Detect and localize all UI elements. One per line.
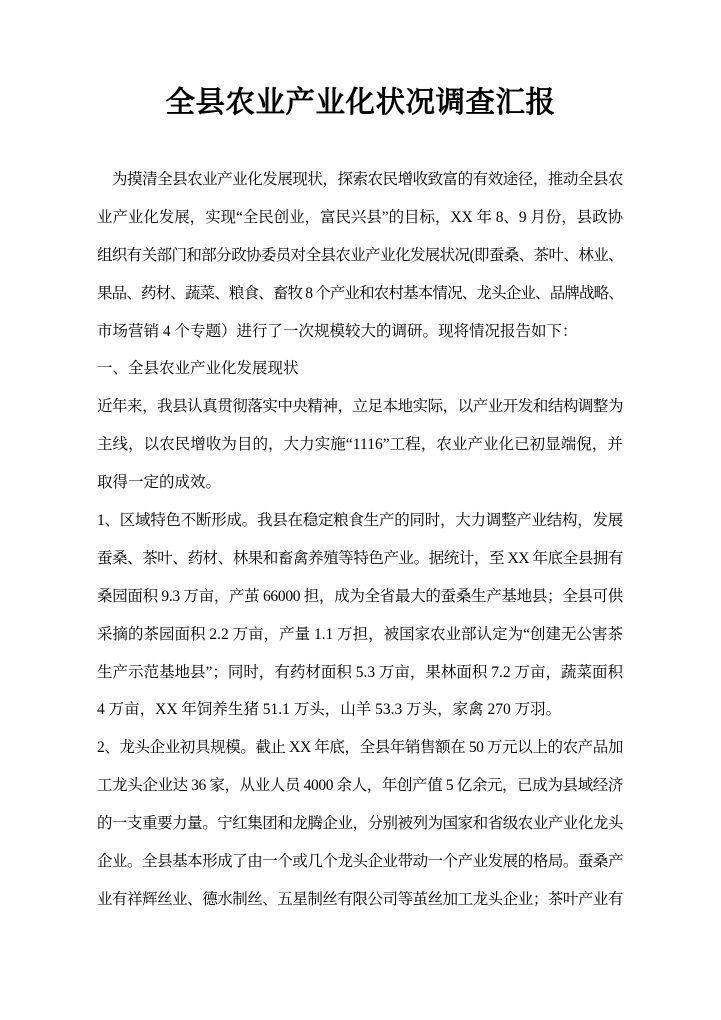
text-line: 的一支重要力量。宁红集团和龙腾企业，分别被列为国家和省级农业产业化龙头 [97, 805, 623, 843]
paragraph-intro: 为摸清全县农业产业化发展现状，探索农民增收致富的有效途径，推动全县农业产业化发展… [97, 161, 623, 350]
text-line: 工龙头企业达 36 家，从业人员 4000 余人，年创产值 5 亿余元，已成为县… [97, 767, 623, 805]
text-line: 业产业化发展，实现“全民创业，富民兴县”的目标，XX 年 8、9 月份，县政协 [97, 199, 623, 237]
paragraph-section-1-overview: 近年来，我县认真贯彻落实中央精神，立足本地实际，以产业开发和结构调整为主线，以农… [97, 388, 623, 502]
text-line: 主线，以农民增收为目的，大力实施“1116”工程，农业产业化已初显端倪，并 [97, 426, 623, 464]
document-page: 全县农业产业化状况调查汇报 为摸清全县农业产业化发展现状，探索农民增收致富的有效… [0, 0, 721, 1020]
text-line: 业有祥辉丝业、德水制丝、五星制丝有限公司等茧丝加工龙头企业；茶叶产业有 [97, 881, 623, 919]
document-content: 为摸清全县农业产业化发展现状，探索农民增收致富的有效途径，推动全县农业产业化发展… [97, 161, 623, 919]
text-line: 近年来，我县认真贯彻落实中央精神，立足本地实际，以产业开发和结构调整为 [97, 388, 623, 426]
text-line: 蚕桑、茶叶、药材、林果和畜禽养殖等特色产业。据统计，至 XX 年底全县拥有 [97, 540, 623, 578]
paragraph-point-2-leading-enterprises: 2、龙头企业初具规模。截止 XX 年底，全县年销售额在 50 万元以上的农产品加… [97, 729, 623, 918]
paragraph-section-1-heading: 一、全县农业产业化发展现状 [97, 350, 623, 388]
text-line: 采摘的茶园面积 2.2 万亩，产量 1.1 万担，被国家农业部认定为“创建无公害… [97, 616, 623, 654]
text-line: 为摸清全县农业产业化发展现状，探索农民增收致富的有效途径，推动全县农 [97, 161, 623, 199]
text-line: 一、全县农业产业化发展现状 [97, 350, 623, 388]
document-title: 全县农业产业化状况调查汇报 [0, 84, 721, 122]
text-line: 组织有关部门和部分政协委员对全县农业产业化发展状况(即蚕桑、茶叶、林业、 [97, 237, 623, 275]
paragraph-point-1-regional-features: 1、区域特色不断形成。我县在稳定粮食生产的同时，大力调整产业结构，发展蚕桑、茶叶… [97, 502, 623, 729]
text-line: 取得一定的成效。 [97, 464, 623, 502]
text-line: 1、区域特色不断形成。我县在稳定粮食生产的同时，大力调整产业结构，发展 [97, 502, 623, 540]
text-line: 果品、药材、蔬菜、粮食、畜牧 8 个产业和农村基本情况、龙头企业、品牌战略、 [97, 275, 623, 313]
text-line: 市场营销 4 个专题）进行了一次规模较大的调研。现将情况报告如下： [97, 313, 623, 351]
text-line: 生产示范基地县”；同时，有药材面积 5.3 万亩，果林面积 7.2 万亩，蔬菜面… [97, 654, 623, 692]
text-line: 2、龙头企业初具规模。截止 XX 年底，全县年销售额在 50 万元以上的农产品加 [97, 729, 623, 767]
text-line: 桑园面积 9.3 万亩，产茧 66000 担，成为全省最大的蚕桑生产基地县；全县… [97, 578, 623, 616]
text-line: 4 万亩，XX 年饲养生猪 51.1 万头，山羊 53.3 万头，家禽 270 … [97, 691, 623, 729]
text-line: 企业。全县基本形成了由一个或几个龙头企业带动一个产业发展的格局。蚕桑产 [97, 843, 623, 881]
